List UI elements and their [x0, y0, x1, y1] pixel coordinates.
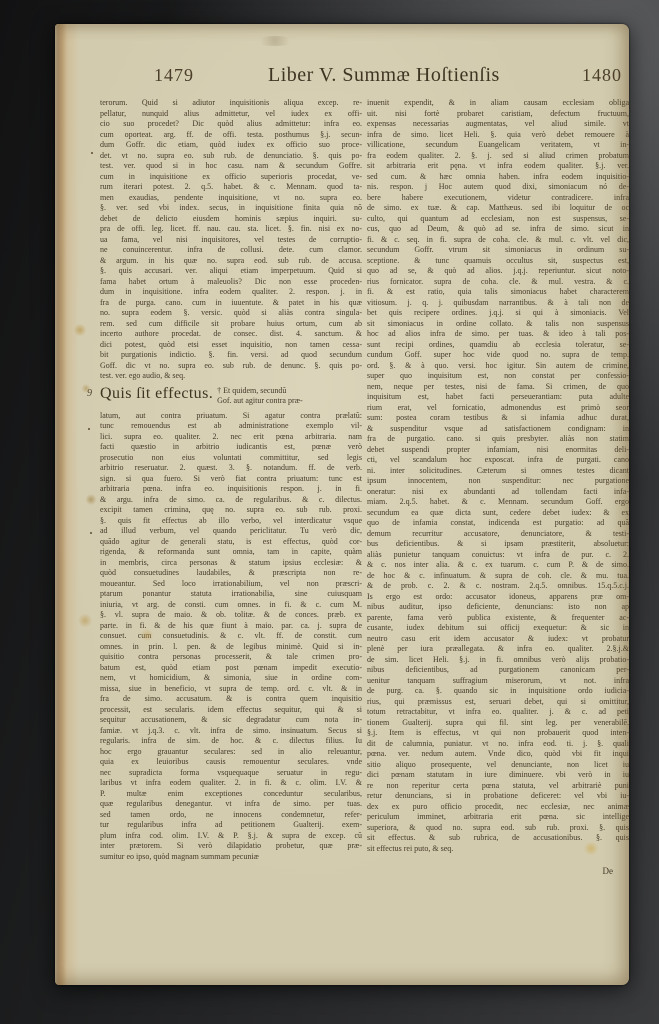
- text-line: ua fama, vel nisi inquisitores, vel test…: [100, 235, 362, 246]
- section-margin-number: 9: [87, 388, 92, 399]
- text-line: §. ver. sed vbi index. secus, in inquisi…: [100, 203, 362, 214]
- text-line: sit effectus. & sub rubrica, de accusati…: [367, 833, 629, 844]
- text-line: sumitur eo ipso, quòd magnam summam pecu…: [100, 852, 362, 863]
- text-line: rius, qui præmissus est, seruari debet, …: [367, 697, 629, 708]
- text-line: nibus auditur, ipso deficiente, denuncia…: [367, 602, 629, 613]
- text-line: §. quis fit effectus ab illo verbo, vel …: [100, 516, 362, 527]
- text-line: excipit tamen crimina, quę no. supra eo.…: [100, 505, 362, 516]
- text-line: secundum ea quæ dicta sunt, cedere debet…: [367, 508, 629, 519]
- text-line: retur denuncians, si in probatione defic…: [367, 791, 629, 802]
- text-line: parente, fama verò publica existente, & …: [367, 613, 629, 624]
- text-line: de simo. ex tuæ. & cap. Matthæus. sed ib…: [367, 203, 629, 214]
- left-column: terorum. Quid si adiutor inquisitionis a…: [100, 98, 362, 876]
- text-line: plenè per iura præallegata. & infra eo. …: [367, 644, 629, 655]
- text-line: super quo inquisitum est, non constat pe…: [367, 371, 629, 382]
- text-line: tunc remouendus est ab administratione e…: [100, 421, 362, 432]
- text-line: fra de purgatio. cano. si quis presbyter…: [367, 434, 629, 445]
- text-line: prosecutio non eius voluntati committitu…: [100, 453, 362, 464]
- text-line: & c. nos inter alia. & c. ex tuarum. c. …: [367, 560, 629, 571]
- text-line: villicatione, secundum Euangelicam verit…: [367, 140, 629, 151]
- text-line: moueantur. Sed loco irrationabilium, vel…: [100, 579, 362, 590]
- text-line: bet quis recipere ordines. j.q.j. si qui…: [367, 308, 629, 319]
- text-line: debet suspendi propter infamiam, nisi en…: [367, 445, 629, 456]
- text-line: totum retractabitur, vt infra eo. qualit…: [367, 707, 629, 718]
- text-line: nec supradicta forma vsquequaque seruatu…: [100, 768, 362, 779]
- text-line: cio suo procedet? Dic quòd alius admitte…: [100, 119, 362, 130]
- text-line: arbitrio reseruatur. 2. quæst. 3. §. not…: [100, 463, 362, 474]
- text-line: latum, aut contra priuatum. Si agatur co…: [100, 411, 362, 422]
- text-line: ipsum innocentem, non suspenditur: nec p…: [367, 476, 629, 487]
- text-line: & de prob. c. 2. & c. nostram. 2.q.5. om…: [367, 581, 629, 592]
- text-line: inuenit expendit, & in aliam causam eccl…: [367, 98, 629, 109]
- text-line: plum infra cod. olim. I.V. & P. §.j. & s…: [100, 831, 362, 842]
- text-line: fi. & c. seq. in fi. supra de coha. cle.…: [367, 235, 629, 246]
- text-line: sit effectus rei puto, & seq.: [367, 844, 629, 855]
- text-line: secundum Goffr. vtrum sit simoniacus in …: [367, 245, 629, 256]
- text-line: fra de simo. accusatum. & is contra quem…: [100, 694, 362, 705]
- text-line: sed cum. & hæc omnia haben. infra eodem …: [367, 172, 629, 183]
- text-line: quo ad se, & quò ad alios. j.q.j. reperi…: [367, 266, 629, 277]
- text-line: Gof. aut agitur contra præ-: [217, 396, 362, 407]
- text-line: dum in inquisitione. infra eodem qualite…: [100, 287, 362, 298]
- text-line: fra eodem qualiter. 2. §. j. sed si aliu…: [367, 151, 629, 162]
- text-line: vitiosum. j. q. j. quibusdam narrantibus…: [367, 298, 629, 309]
- text-line: dex ex puro officio procedit, nec eccles…: [367, 802, 629, 813]
- text-line: missa, siue in beneficio, vt supra de te…: [100, 684, 362, 695]
- text-line: cum in inquisitione ex officio superiori…: [100, 172, 362, 183]
- text-line: hoc ad alios infra de simo. per tuas. & …: [367, 329, 629, 340]
- text-line: men exaudias, pendente inquisitione, vt …: [100, 193, 362, 204]
- text-line: arbitraria pœna. infra eo. inquisitionis…: [100, 484, 362, 495]
- text-line: † Et quidem, secundũ: [217, 386, 362, 397]
- text-line: cus, quo ad Deum, & quò ad se. infra de …: [367, 224, 629, 235]
- text-line: aliàs punietur tanquam conuictus: vt inf…: [367, 550, 629, 561]
- text-line: batum est, quòd etiam post pœnam impedit…: [100, 663, 362, 674]
- text-line: dici pœnam statutam in iure diminuere. v…: [367, 770, 629, 781]
- section-side-note: † Et quidem, secundũGof. aut agitur cont…: [217, 385, 362, 407]
- text-line: processit, est secularis. idem effectus …: [100, 705, 362, 716]
- right-column: inuenit expendit, & in aliam causam eccl…: [367, 98, 629, 876]
- text-line: sum: postea coram testibus & si infamia …: [367, 413, 629, 424]
- text-line: test. ver. ego audio, & seq.: [100, 371, 362, 382]
- text-line: Is ergo est ordo: accusator idoneus, app…: [367, 592, 629, 603]
- text-line: tionem Gualterij. supra qui fil. sint le…: [367, 718, 629, 729]
- text-line: cum oporteat. arg. ff. de offi. testa. p…: [100, 130, 362, 141]
- text-line: bere habere executionem, videtur contrad…: [367, 193, 629, 204]
- ink-speck: [90, 532, 92, 534]
- text-line: facti quæstio in arbitrio iudicantis est…: [100, 442, 362, 453]
- text-line: rum iterari potest. 2. q.5. habet. & c. …: [100, 182, 362, 193]
- right-column-text: inuenit expendit, & in aliam causam eccl…: [367, 98, 629, 854]
- text-line: rium erat, vel fornicatio, admonendus es…: [367, 403, 629, 414]
- text-line: omnes. in prin. l. pen. & de legibus min…: [100, 642, 362, 653]
- text-line: sed tamen ordo, ne innocens condemnetur,…: [100, 810, 362, 821]
- text-line: cundum Goff. super hoc vide quod no. sup…: [367, 350, 629, 361]
- text-line: miam. 2.q.5. habet. & c. Mennam. secundu…: [367, 497, 629, 508]
- text-line: & argum. in his quæ no. supra eod. sub r…: [100, 256, 362, 267]
- text-line: superiora, & quod no. supra eod. sub rub…: [367, 823, 629, 834]
- text-line: ad illud verbum, vel quando periclitatur…: [100, 526, 362, 537]
- text-line: sit arbitraria erit pęna. vt infra eodem…: [367, 161, 629, 172]
- text-line: ne conuincerentur. infra de collusi. det…: [100, 245, 362, 256]
- text-line: pra de offi. leg. licet. ff. nau. cau. s…: [100, 224, 362, 235]
- foxing-spot: [255, 36, 295, 46]
- page-title: Liber V. Summæ Hoſtienſis: [268, 64, 500, 87]
- text-line: inquisitum est, habet facti perseueranti…: [367, 392, 629, 403]
- text-line: sign. si qua fuero. Si verò fiat contra …: [100, 474, 362, 485]
- text-line: rius fornicator. supra de coha. cle. & m…: [367, 277, 629, 288]
- foxing-spot: [73, 324, 87, 336]
- foxing-spot: [85, 494, 97, 505]
- text-line: in membris, circa personas & statum ipsi…: [100, 558, 362, 569]
- text-line: dit de calumnia, puniatur. vt no. infra …: [367, 739, 629, 750]
- text-line: & argu. infra de simo. ca. de regularibu…: [100, 495, 362, 506]
- text-line: infra de simo. licet Heli. §. quia verò …: [367, 130, 629, 141]
- text-line: nibus deficientibus, ad purgationem cano…: [367, 665, 629, 676]
- page-number-left: 1479: [154, 65, 194, 86]
- text-line: sit simoniacus in ordine collato. & tali…: [367, 319, 629, 330]
- text-line: bit purgationis indictio. §. fin. versi.…: [100, 350, 362, 361]
- text-line: & suspenditur vsque ad satisfactionem co…: [367, 424, 629, 435]
- text-line: tur regularibus infra ad petitionem Gual…: [100, 820, 362, 831]
- text-line: §.j. Item is effectus, vt qui non probau…: [367, 728, 629, 739]
- text-line: cusante, iudex debitum sui officij exequ…: [367, 623, 629, 634]
- text-line: quæ regularibus denegantur. vt infra de …: [100, 799, 362, 810]
- text-line: ni. inter solicitudines. Cæterum si omne…: [367, 466, 629, 477]
- page-number-right: 1480: [582, 65, 622, 86]
- text-line: parte. in fi. & de his quæ fiunt à maio.…: [100, 621, 362, 632]
- text-line: §. vl. supra de maio. & ob. tolitæ. & de…: [100, 610, 362, 621]
- text-line: de sim. licet Heli. §.j. in fi. omnibus …: [367, 655, 629, 666]
- text-line: terorum. Quid si adiutor inquisitionis a…: [100, 98, 362, 109]
- text-line: quãdo agitur de generali statu, is est e…: [100, 537, 362, 548]
- text-line: P. multæ enim exceptiones conceduntur se…: [100, 789, 362, 800]
- text-line: famiæ. vt j.q.3. c. vlt. infra de simo. …: [100, 726, 362, 737]
- text-line: ord. §. & à quo. versi. hoc igitur. Sin …: [367, 361, 629, 372]
- text-line: sceptione. & tunc quamuis occultus sit, …: [367, 256, 629, 267]
- text-line: oneratur: nisi ex abundanti ad tollendam…: [367, 487, 629, 498]
- book-page: 1479 Liber V. Summæ Hoſtienſis 1480 tero…: [55, 24, 629, 985]
- text-line: rigenda, & reformanda sunt omnia, tam in…: [100, 547, 362, 558]
- text-line: fra de purga. cano. cum in iuuentute. & …: [100, 298, 362, 309]
- text-line: nem, neque per testes, nisi de fama. Si …: [367, 382, 629, 393]
- text-line: consuet. cum consuetudinis. & c. vlt. ff…: [100, 631, 362, 642]
- text-line: fama habet ortum à maleuolis? Dic non es…: [100, 277, 362, 288]
- text-line: re non reperitur certa pœna statuta, vel…: [367, 781, 629, 792]
- text-line: quia ex leuioribus causis remouentur sec…: [100, 757, 362, 768]
- text-line: fi. & est ratio, quia talis simoniacus h…: [367, 287, 629, 298]
- text-line: periculum imminet, arbitraria erit pœna.…: [367, 812, 629, 823]
- text-line: lici. supra eo. qualiter. 2. nec erit pœ…: [100, 432, 362, 443]
- text-line: nis. respon. j Hoc autem quod dixi, simo…: [367, 182, 629, 193]
- text-line: sunt recipi ordines, quamdiu ab ecclesia…: [367, 340, 629, 351]
- text-line: de hoc & c. infinuatum. & supra de coh. …: [367, 571, 629, 582]
- text-line: sequitur accusationem, & sic degradatur …: [100, 715, 362, 726]
- text-line: uenitur tanquam suffragium miserorum, vt…: [367, 676, 629, 687]
- text-line: pœna. ver. nedum autem. Vnde dico, quòd …: [367, 749, 629, 760]
- text-line: §. quis accusari. ver. aliqui etiam impe…: [100, 266, 362, 277]
- text-line: de purg. ca. §. quando sic in inquisitio…: [367, 686, 629, 697]
- text-line: dum Goffr. dic etiam, quòd iudex ex offi…: [100, 140, 362, 151]
- text-line: cti, vel scandalum hoc exposcat. infra d…: [367, 455, 629, 466]
- text-line: quisitio contra personas processerit, & …: [100, 652, 362, 663]
- text-line: neutro casu erit idem accusator & iudex:…: [367, 634, 629, 645]
- text-line: Goff. dic vt no. supra eo. sub rub. de d…: [100, 361, 362, 372]
- text-line: det. vt no. supra eo. sub rub. de denunc…: [100, 151, 362, 162]
- section-heading-block: 9 Quis ſit effectus. † Et quidem, secund…: [100, 385, 362, 407]
- text-line: regularis. infra de sim. de hoc. & c. di…: [100, 736, 362, 747]
- left-column-paragraph-1: terorum. Quid si adiutor inquisitionis a…: [100, 98, 362, 382]
- text-line: culto, qui quantum ad ecclesiam, non est…: [367, 214, 629, 225]
- text-line: incerto authore procedat. de consec. dis…: [100, 329, 362, 340]
- text-line: demum recurritur accusatore, denunciator…: [367, 529, 629, 540]
- text-line: debet de delicto eiusdem hominis sæpius …: [100, 214, 362, 225]
- text-line: hoc ergo grauantur seculares: sed in ali…: [100, 747, 362, 758]
- running-header: 1479 Liber V. Summæ Hoſtienſis 1480: [100, 64, 630, 92]
- text-columns: terorum. Quid si adiutor inquisitionis a…: [100, 98, 630, 876]
- text-line: laribus vt infra eodem qualiter. 2. in f…: [100, 778, 362, 789]
- text-line: ptarum ponantur statuta irrationabilia, …: [100, 589, 362, 600]
- foxing-spot: [77, 614, 93, 627]
- text-line: pellatur, nunquid alius admittetur, vel …: [100, 109, 362, 120]
- text-line: inter prætorem. Si verò dilapidatio prob…: [100, 841, 362, 852]
- ink-speck: [88, 428, 90, 430]
- ink-speck: [91, 152, 93, 154]
- text-line: quo de infamia constat, indicenda est pu…: [367, 518, 629, 529]
- text-line: rem. sed cum difficile sit probare huius…: [100, 319, 362, 330]
- catchword: De: [367, 866, 629, 876]
- text-line: test. ver. quod si in hoc casu. nam & se…: [100, 161, 362, 172]
- text-line: no. supra eodem §. versic. quòd si aliàs…: [100, 308, 362, 319]
- text-line: sitio aliquo prosequente, vel denunciant…: [367, 760, 629, 771]
- left-column-paragraph-2: latum, aut contra priuatum. Si agatur co…: [100, 411, 362, 863]
- text-line: bus deficientibus. & si ipsam præstiteri…: [367, 539, 629, 550]
- text-line: dici potest, quòd etsi esset inquisitio,…: [100, 340, 362, 351]
- text-line: iniuria, vt arg. de consti. cum omnes. i…: [100, 600, 362, 611]
- text-line: uit. nisi fortè probaret caristiam, defe…: [367, 109, 629, 120]
- text-line: expensas necessarias augmentatas, vel al…: [367, 119, 629, 130]
- section-heading: Quis ſit effectus.: [100, 385, 213, 403]
- text-line: nem, vt homicidium, & simonia, siue in o…: [100, 673, 362, 684]
- text-line: quòd consuetudines laudabiles, & præscri…: [100, 568, 362, 579]
